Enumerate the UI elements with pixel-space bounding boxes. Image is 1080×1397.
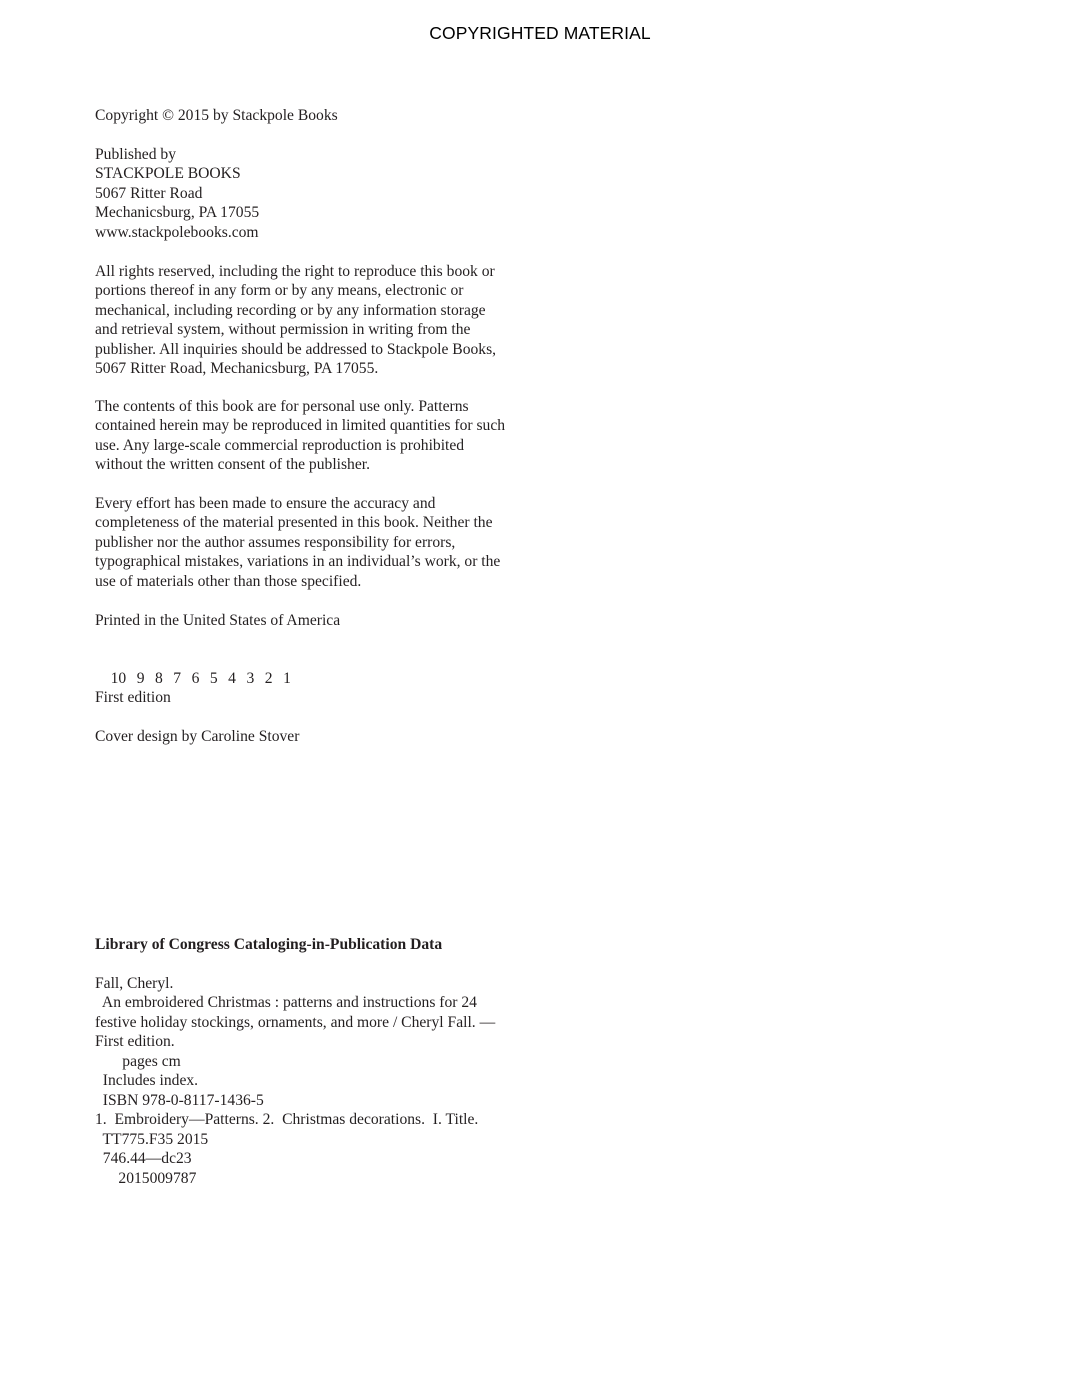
printed-in-line: Printed in the United States of America xyxy=(95,611,340,630)
text-line: portions thereof in any form or by any m… xyxy=(95,281,496,300)
cip-line: 746.44—dc23 xyxy=(95,1149,495,1168)
publisher-line: Published by xyxy=(95,145,259,164)
cip-line: 1. Embroidery—Patterns. 2. Christmas dec… xyxy=(95,1110,495,1129)
publisher-line: STACKPOLE BOOKS xyxy=(95,164,259,183)
printing-number: 10 xyxy=(111,669,127,688)
publisher-block: Published by STACKPOLE BOOKS 5067 Ritter… xyxy=(95,145,259,242)
edition-line: First edition xyxy=(95,688,171,707)
text-line: All rights reserved, including the right… xyxy=(95,262,496,281)
printing-number: 8 xyxy=(155,669,163,688)
lccn-line: 2015009787 xyxy=(95,1169,495,1188)
printing-number: 7 xyxy=(173,669,181,688)
publisher-line: 5067 Ritter Road xyxy=(95,184,259,203)
cip-record: Fall, Cheryl. An embroidered Christmas :… xyxy=(95,974,495,1188)
personal-use-paragraph: The contents of this book are for person… xyxy=(95,397,505,475)
printing-number: 9 xyxy=(137,669,145,688)
text-line: The contents of this book are for person… xyxy=(95,397,505,416)
text-line: contained herein may be reproduced in li… xyxy=(95,416,505,435)
cip-line: Includes index. xyxy=(95,1071,495,1090)
cip-line: First edition. xyxy=(95,1032,495,1051)
text-line: use. Any large-scale commercial reproduc… xyxy=(95,436,505,455)
text-line: and retrieval system, without permission… xyxy=(95,320,496,339)
cip-line: Fall, Cheryl. xyxy=(95,974,495,993)
cip-line: festive holiday stockings, ornaments, an… xyxy=(95,1013,495,1032)
disclaimer-paragraph: Every effort has been made to ensure the… xyxy=(95,494,500,591)
text-line: use of materials other than those specif… xyxy=(95,572,500,591)
cip-heading: Library of Congress Cataloging-in-Public… xyxy=(95,935,442,954)
printing-number: 6 xyxy=(192,669,200,688)
text-line: publisher nor the author assumes respons… xyxy=(95,533,500,552)
text-line: mechanical, including recording or by an… xyxy=(95,301,496,320)
printing-number: 5 xyxy=(210,669,218,688)
text-line: typographical mistakes, variations in an… xyxy=(95,552,500,571)
isbn-line: ISBN 978-0-8117-1436-5 xyxy=(95,1091,495,1110)
printing-number: 3 xyxy=(246,669,254,688)
publisher-website: www.stackpolebooks.com xyxy=(95,223,259,242)
cover-design-line: Cover design by Caroline Stover xyxy=(95,727,299,746)
rights-paragraph: All rights reserved, including the right… xyxy=(95,262,496,379)
printing-number: 1 xyxy=(283,669,291,688)
cip-line: pages cm xyxy=(95,1052,495,1071)
text-line: Every effort has been made to ensure the… xyxy=(95,494,500,513)
publisher-line: Mechanicsburg, PA 17055 xyxy=(95,203,259,222)
text-line: completeness of the material presented i… xyxy=(95,513,500,532)
printing-number: 4 xyxy=(228,669,236,688)
text-line: publisher. All inquiries should be addre… xyxy=(95,340,496,359)
cip-line: TT775.F35 2015 xyxy=(95,1130,495,1149)
copyright-line: Copyright © 2015 by Stackpole Books xyxy=(95,106,338,125)
text-line: 5067 Ritter Road, Mechanicsburg, PA 1705… xyxy=(95,359,496,378)
cip-line: An embroidered Christmas : patterns and … xyxy=(95,993,495,1012)
printing-number: 2 xyxy=(265,669,273,688)
copyrighted-material-watermark: COPYRIGHTED MATERIAL xyxy=(0,23,1080,44)
text-line: without the written consent of the publi… xyxy=(95,455,505,474)
